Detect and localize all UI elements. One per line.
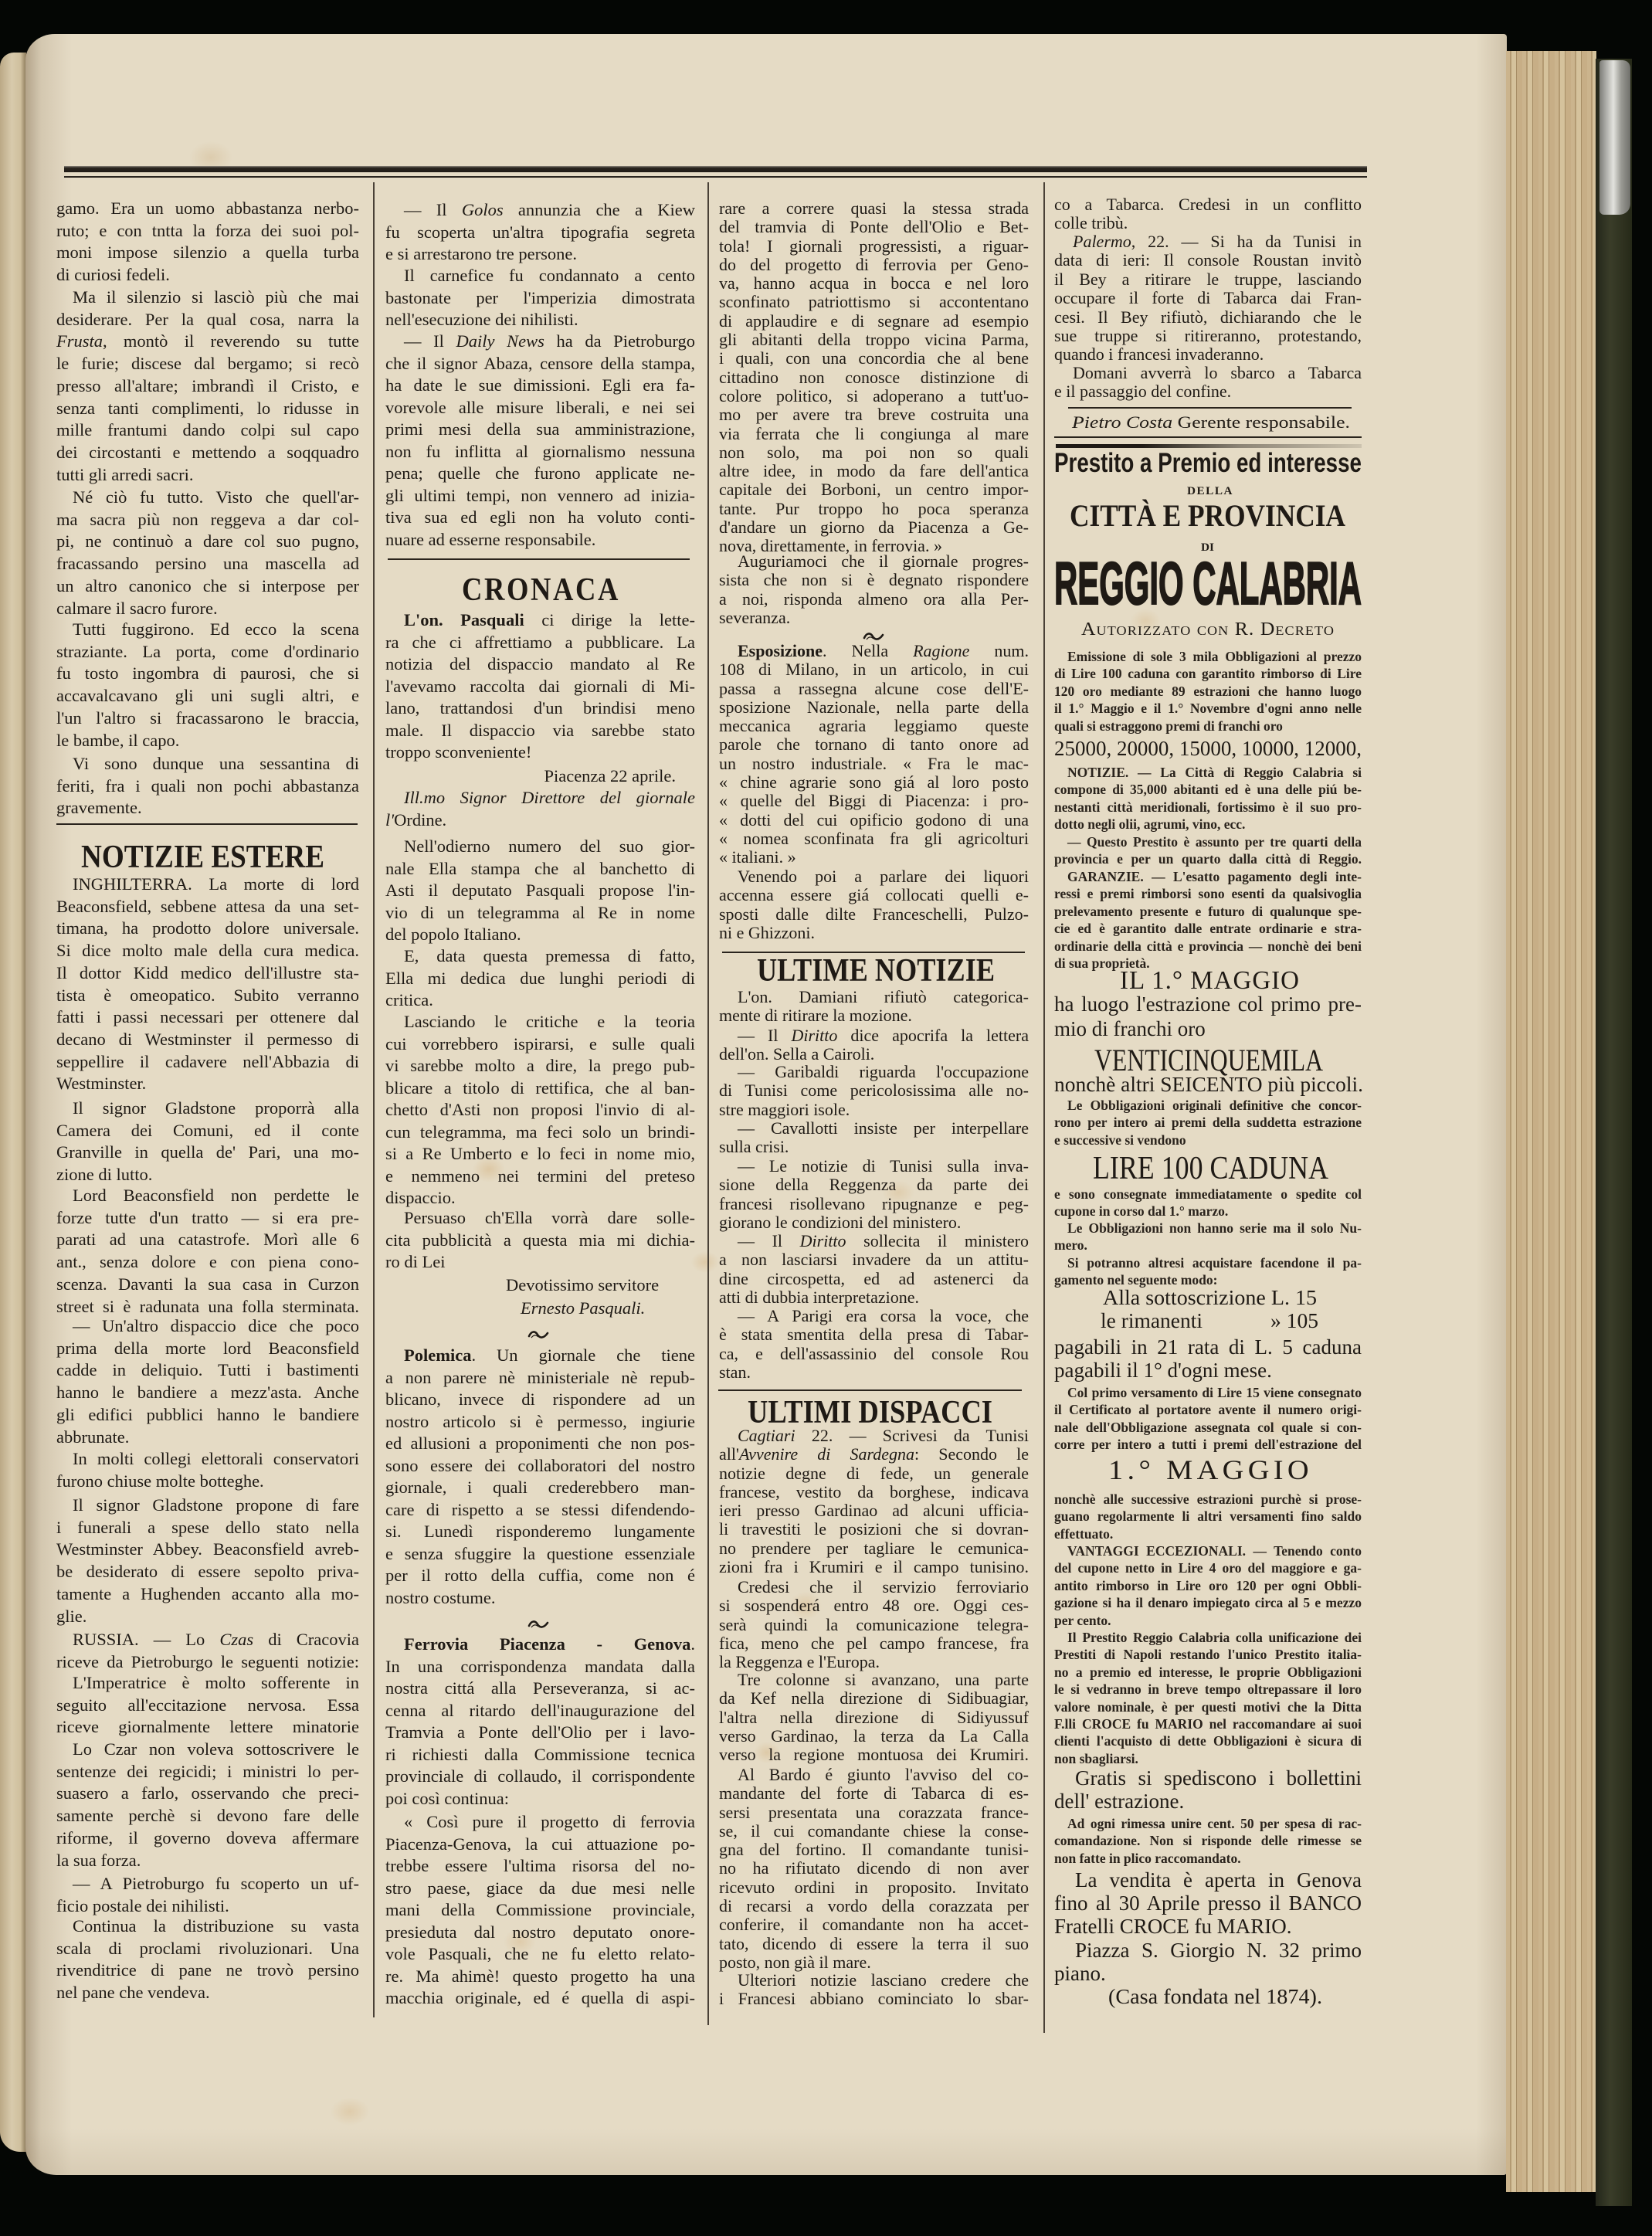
text-line: riceve giornalmente lettere minatorie — [56, 1716, 359, 1739]
news-paragraph: — Cavallotti insiste per interpellaresul… — [719, 1119, 1029, 1157]
dispatch-paragraph: Al Bardo é giunto l'avviso del co-mandan… — [719, 1766, 1029, 1972]
imprint-role: Gerente responsabile. — [1178, 412, 1350, 432]
text-line: Frusta, montò il reverendo su tutte — [56, 331, 359, 353]
text-line: « Così pure il progetto di ferrovia — [385, 1811, 695, 1834]
text-line: all'Avvenire di Sardegna: Secondo le — [719, 1445, 1029, 1464]
ad-installments: pagabili in 21 rata di L. 5 cadunapagabi… — [1054, 1335, 1362, 1382]
text-line: nonchè alle successive estrazioni purchè… — [1054, 1491, 1362, 1508]
text-line: si a Re Umberto e lo feci in nome mio, — [385, 1143, 695, 1166]
text-line: verso la regione montuosa dei Krumiri. — [719, 1746, 1029, 1764]
text-line: — Un'altro dispaccio dice che poco — [56, 1315, 359, 1338]
text-line: cadde in deliquio. Tutti i bastimenti — [56, 1359, 359, 1382]
bold-run-in-heading: Polemica — [404, 1345, 471, 1365]
text-line: Prestiti di Napoli restando l'unico Pres… — [1054, 1646, 1362, 1663]
text-line: il Bey a ritirare le truppe, lasciando — [1054, 270, 1362, 289]
text-line: suasero a farlo, osservando che preci- — [56, 1783, 359, 1805]
text-line: piano. — [1054, 1962, 1362, 1985]
text-line: è stata smentita della presa di Tabar- — [719, 1325, 1029, 1344]
text-line: troppo sconveniente! — [385, 741, 695, 764]
text-line: Nell'odierno numero del suo gior- — [385, 836, 695, 858]
text-line: gravemente. — [56, 797, 359, 819]
text-line: e sono consegnate immediatamente o spedi… — [1054, 1186, 1362, 1203]
text-line: mio di franchi oro — [1054, 1016, 1362, 1041]
text-line: quando i francesi invaderanno. — [1054, 345, 1362, 364]
text-line: INGHILTERRA. La morte di lord — [56, 874, 359, 896]
text-line: abbrunate. — [56, 1427, 359, 1449]
text-line: tamente a Hughenden accanto alla mo- — [56, 1583, 359, 1606]
bold-run-in-heading: Esposizione — [738, 641, 823, 660]
text-line: pagabili in 21 rata di L. 5 caduna — [1054, 1335, 1362, 1359]
text-line: — Cavallotti insiste per interpellare — [719, 1119, 1029, 1138]
text-line: occupare il forte di Tabarca dai Fran- — [1054, 289, 1362, 307]
text-line: ficio postale dei nihilisti. — [56, 1895, 359, 1918]
text-line: 108 di Milano, in un articolo, in cui — [719, 660, 1029, 679]
text-line: quali si estraggono premi di franchi oro — [1054, 718, 1362, 735]
text-line: l'altra nella direzione di Sidiyussuf — [719, 1708, 1029, 1727]
italic-text: l' — [385, 810, 394, 830]
news-paragraph: — Un'altro dispaccio dice che pocoprima … — [56, 1315, 359, 1448]
ad-remaining-value: » 105 — [1270, 1311, 1319, 1332]
text-line: La vendita è aperta in Genova — [1054, 1868, 1362, 1892]
text-line: provincia e per un quarto dalla città di… — [1054, 850, 1362, 867]
text-line: ca, e dell'assassinio del console Rou — [719, 1345, 1029, 1363]
column-divider-2 — [707, 182, 709, 2025]
ad-address: Piazza S. Giorgio N. 32 primopiano. — [1054, 1939, 1362, 1985]
text-line: un nostro industriale. « Fra le mac- — [719, 755, 1029, 773]
text-line: fica, meno che pel campo francese, fra — [719, 1634, 1029, 1653]
text-line: di Tunisi come pericolosissima alle no- — [719, 1081, 1029, 1100]
text-line: Ferrovia Piacenza - Genova. — [385, 1634, 695, 1656]
polemica-paragraph: Polemica. Un giornale che tienea non par… — [385, 1345, 695, 1609]
text-line: che il signor Abaza, censore della stamp… — [385, 353, 695, 375]
text-line: 120 oro mediante 89 estrazioni che hanno… — [1054, 683, 1362, 700]
text-line: cenna al ritardo dell'inaugurazione del — [385, 1700, 695, 1722]
text-line: — Il Golos annunzia che a Kiew — [385, 199, 695, 222]
text-line: rivenditrice di pane ne trovò persino — [56, 1959, 359, 1982]
text-line: sersi presentata una corazzata france- — [719, 1803, 1029, 1822]
text-line: Cagtiari 22. — Scrivesi da Tunisi — [719, 1427, 1029, 1445]
letter-paragraph: Lasciando le critiche e la teoriacui vor… — [385, 1011, 695, 1210]
text-line: « chine agrarie sono giá al loro posto — [719, 773, 1029, 792]
text-line: mo per avere tra breve costruita una — [719, 405, 1029, 424]
text-line: Ill.mo Signor Direttore del giornale — [385, 787, 695, 809]
text-line: cui vorrebbero ispirarsi, e sulle quali — [385, 1033, 695, 1056]
book-cover — [1596, 59, 1632, 2206]
text-line: — Garibaldi riguarda l'occupazione — [719, 1063, 1029, 1081]
text-line: guano regolarmente li altri versamenti f… — [1054, 1508, 1362, 1525]
ad-subscription-amount: Alla sottoscrizione L. 15 — [1103, 1288, 1325, 1308]
text-line: ro di Lei — [385, 1251, 695, 1274]
flourish-ornament-icon — [863, 631, 884, 642]
letter-paragraph: E, data questa premessa di fatto,Ella mi… — [385, 945, 695, 1012]
section-heading-ultimi-dispacci: ULTIMI DISPACCI — [748, 1396, 960, 1429]
section-rule — [56, 823, 358, 825]
text-line: di curiosi fedeli. — [56, 264, 359, 287]
text-line: le bambe, il capo. — [56, 730, 359, 752]
text-line: cesi. Il Bey rifiutò, dichiarando che le — [1054, 308, 1362, 327]
ad-vantaggi-text: VANTAGGI ECCEZIONALI. — Tenendo contodel… — [1054, 1542, 1362, 1629]
text-line: mero. — [1054, 1237, 1362, 1254]
dispatch-paragraph: Domani avverrà lo sbarco a Tabarcae il p… — [1054, 364, 1362, 402]
text-line: altre idee, in modo da fare dell'antica — [719, 462, 1029, 480]
text-line: sposti dalle dilte Franceschelli, Pulzo- — [719, 905, 1029, 924]
news-paragraph: L'Imperatrice è molto sofferente insegui… — [56, 1672, 359, 1739]
text-line: non solo, ma poi non so quali — [719, 443, 1029, 462]
text-line: gli ultimi tempi, non vennero ad inizia- — [385, 485, 695, 507]
text-line: dine circospetta, ed ad astenerci da — [719, 1270, 1029, 1288]
ad-first-prize: VENTICINQUEMILA — [1094, 1045, 1276, 1076]
text-line: — Il Daily News ha da Pietroburgo — [385, 331, 695, 353]
text-line: poi così continua: — [385, 1788, 695, 1810]
story-paragraph: gamo. Era un uomo abbastanza nerbo-ruto;… — [56, 198, 359, 287]
text-line: — A Pietroburgo fu scoperto un uf- — [56, 1873, 359, 1895]
text-line: mille frantumi dando colpi sul capo — [56, 419, 359, 442]
text-line: francese, vestito da borghese, indicava — [719, 1483, 1029, 1501]
text-line: rono per intero ai premi della suddetta … — [1054, 1114, 1362, 1131]
text-line: Continua la distribuzione su vasta — [56, 1915, 359, 1938]
text-line: — A Parigi era corsa la voce, che — [719, 1307, 1029, 1325]
text-line: prima della morte lord Beaconsfield — [56, 1338, 359, 1360]
text-line: scenza. Davanti la sua casa in Curzon — [56, 1274, 359, 1296]
text-line: — Le notizie di Tunisi sulla inva- — [719, 1157, 1029, 1176]
text-line: giornale, i quali crederebbero man- — [385, 1477, 695, 1499]
italic-text: Palermo — [1073, 232, 1131, 251]
news-paragraph: INGHILTERRA. La morte di lordBeaconsfiel… — [56, 874, 359, 1095]
text-line: blicare a titolo di rettifica, che al ba… — [385, 1077, 695, 1100]
text-line: VANTAGGI ECCEZIONALI. — Tenendo conto — [1054, 1542, 1362, 1559]
text-line: provinciale di collaudo, il corrisponden… — [385, 1766, 695, 1788]
text-line: tutti gli arredi sacri. — [56, 464, 359, 487]
text-line: be desiderato di essere sepolto priva- — [56, 1561, 359, 1583]
section-rule — [718, 1389, 1022, 1391]
news-paragraph: Il signor Gladstone propone di farei fun… — [56, 1495, 359, 1627]
text-line: cun telegramma, ma feci solo un brindi- — [385, 1121, 695, 1144]
news-paragraph: — A Pietroburgo fu scoperto un uf-ficio … — [56, 1873, 359, 1917]
ad-city-name: REGGIO CALABRIA — [1054, 553, 1219, 613]
text-line: ha luogo l'estrazione col primo pre- — [1054, 992, 1362, 1016]
ad-notizie-text: NOTIZIE. — La Città di Reggio Calabria s… — [1054, 764, 1362, 833]
text-line: antito rimborso in Lire oro 120 per ogni… — [1054, 1577, 1362, 1594]
text-line: Granville in quella de' Pari, una mo- — [56, 1142, 359, 1164]
text-line: le furie; discese dal bergamo; si recò — [56, 353, 359, 375]
text-line: nostro costume. — [385, 1587, 695, 1610]
ad-other-prizes: nonchè altri SEICENTO più piccoli. — [1054, 1074, 1369, 1095]
text-line: ri richiesti dalla Commissione tecnica — [385, 1744, 695, 1766]
text-line: non sbagliarsi. — [1054, 1750, 1362, 1767]
text-line: fu scoperta un'altra tipografia segreta — [385, 222, 695, 244]
text-line: si. Lunedì risponderemo lungamente — [385, 1521, 695, 1543]
text-line: posto, non già il mare. — [719, 1953, 1029, 1972]
text-line: i quali, con una concordia che al bene — [719, 349, 1029, 368]
text-line: Ma il silenzio si lasciò più che mai — [56, 287, 359, 309]
text-line: Le Obbligazioni non hanno serie ma il so… — [1054, 1220, 1362, 1237]
ad-remaining-label: le rimanenti — [1101, 1311, 1204, 1332]
text-line: Il carnefice fu condannato a cento — [385, 265, 695, 287]
ad-assunto-text: — Questo Prestito è assunto per tre quar… — [1054, 833, 1362, 868]
text-line: e si arrestarono tre persone. — [385, 243, 695, 266]
text-line: Westminster Abbey. Beaconsfield avreb- — [56, 1539, 359, 1561]
text-line: sentenze dei regicidi; i ministri lo per… — [56, 1761, 359, 1783]
text-line: prelevamento presente e futuro di qualun… — [1054, 903, 1362, 920]
text-line: mente di ritirare la mozione. — [719, 1006, 1029, 1025]
text-line: ant., senza dolore e con piena cono- — [56, 1251, 359, 1274]
ad-draw-text: ha luogo l'estrazione col primo pre-mio … — [1054, 992, 1362, 1041]
text-line: ra che ci affrettiamo a pubblicare. La — [385, 632, 695, 654]
news-paragraph: — Il Diritto sollecita il ministeroa non… — [719, 1232, 1029, 1307]
news-paragraph: — A Parigi era corsa la voce, cheè stata… — [719, 1307, 1029, 1382]
text-line: zioni fra i Krumiri e il campo tunisino. — [719, 1558, 1029, 1576]
text-line: Lasciando le critiche e la teoria — [385, 1011, 695, 1033]
news-paragraph: Lord Beaconsfield non perdette leforze t… — [56, 1185, 359, 1318]
text-line: co a Tabarca. Credesi in un conflitto — [1054, 195, 1362, 214]
text-line: no prendere per tagliare le cemunica- — [719, 1539, 1029, 1558]
text-line: feriti, fra i quali non pochi abbastanza — [56, 775, 359, 798]
text-line: sulla crisi. — [719, 1138, 1029, 1156]
text-line: accavalcavano gli uni sugli altri, e — [56, 685, 359, 707]
text-line: Domani avverrà lo sbarco a Tabarca — [1054, 364, 1362, 382]
text-line: conferire, il comandante non ha accet- — [719, 1915, 1029, 1934]
text-line: tato, dicendo di essere la terra il suo — [719, 1935, 1029, 1953]
text-line: a non parere nè ministeriale nè repub- — [385, 1367, 695, 1389]
text-line: stan. — [719, 1363, 1029, 1382]
text-line: scala di proclami rivoluzionari. Una — [56, 1938, 359, 1960]
text-line: forze tutte d'un tratto — si era pre- — [56, 1207, 359, 1230]
text-line: ricevuto ordini in proposito. Invitato — [719, 1878, 1029, 1897]
text-line: nale Ella stampa che al banchetto di — [385, 858, 695, 880]
text-line: trebbe essere l'ultima risorsa del no- — [385, 1855, 695, 1878]
text-line: chetto d'Asti non proposi l'invio di al- — [385, 1099, 695, 1121]
section-heading-cronaca: CRONACA — [462, 574, 599, 606]
text-line: corre per intero a tutti i premi dell'es… — [1054, 1436, 1362, 1453]
text-line: vio di un telegramma al Re in nome — [385, 902, 695, 925]
italic-text: Avvenire di Sardegna — [739, 1444, 914, 1464]
text-line: timana, ha prodotto dolore universale. — [56, 918, 359, 940]
text-line: non fu inflitta al giornalismo nessuna — [385, 441, 695, 463]
text-line: tante. Pur troppo ho poca speranza — [719, 500, 1029, 518]
text-line: Tre colonne si avanzano, una parte — [719, 1671, 1029, 1689]
text-line: Piacenza-Genova, la cui attuazione po- — [385, 1834, 695, 1856]
text-line: comandazione. Non si risponde delle rime… — [1054, 1832, 1362, 1849]
text-line: gamo. Era un uomo abbastanza nerbo- — [56, 198, 359, 220]
story-paragraph: Tutti fuggirono. Ed ecco la scenastrazia… — [56, 619, 359, 752]
text-line: « quelle del Biggi di Piacenza: i pro- — [719, 792, 1029, 810]
ferrovia-paragraph: Ferrovia Piacenza - Genova.In una corris… — [385, 1634, 695, 1810]
text-line: Persuaso ch'Ella vorrà dare solle- — [385, 1207, 695, 1230]
page-stack-edge — [1506, 51, 1596, 2192]
text-line: Gratis si spediscono i bollettini — [1054, 1766, 1362, 1790]
text-line: del tramvia di Ponte dell'Olio e Bet- — [719, 218, 1029, 236]
text-line: vole Pasquali, che ne fu eletto relato- — [385, 1943, 695, 1966]
text-line: Si dice molto male della cura medica. — [56, 940, 359, 962]
ad-draw-date-2: 1.° MAGGIO — [1108, 1456, 1327, 1484]
text-line: furono chiuse molte botteghe. — [56, 1471, 359, 1493]
text-line: ha date le sue dimissioni. Egli era fa- — [385, 375, 695, 397]
ad-authorization: Autorizzato con R. Decreto — [1081, 620, 1352, 639]
imprint-line: Pietro Costa Gerente responsabile. — [1072, 414, 1398, 431]
text-line: Col primo versamento di Lire 15 viene co… — [1054, 1384, 1362, 1401]
text-line: do del progetto di ferrovia per Geno- — [719, 256, 1029, 274]
text-line: vorevole alle misure liberali, e nei sei — [385, 397, 695, 419]
text-line: samente perchè si devono fare delle — [56, 1805, 359, 1827]
text-line: Camera dei Comuni, ed il conte — [56, 1120, 359, 1142]
text-line: ieri presso Gardinao ad alcuni ufficia- — [719, 1501, 1029, 1520]
text-line: effettuato. — [1054, 1525, 1362, 1542]
ad-rimessa-text: Ad ogni rimessa unire cent. 50 per spesa… — [1054, 1815, 1362, 1867]
text-line: straziante. La porta, come d'ordinario — [56, 641, 359, 663]
text-line: Polemica. Un giornale che tiene — [385, 1345, 695, 1367]
text-line: colore politico, si adoperano a tutt'uo- — [719, 387, 1029, 405]
text-line: rare a correre quasi la stessa strada — [719, 199, 1029, 218]
text-line: Il Prestito Reggio Calabria colla unific… — [1054, 1629, 1362, 1646]
news-paragraph: — Garibaldi riguarda l'occupazionedi Tun… — [719, 1063, 1029, 1119]
text-line: primi mesi della sua amministrazione, — [385, 419, 695, 441]
ad-garanzie-text: GARANZIE. — L'esatto pagamento degli int… — [1054, 868, 1362, 972]
text-line: L'Imperatrice è molto sofferente in — [56, 1672, 359, 1695]
text-line: ordinarie della città e provincia — nonc… — [1054, 938, 1362, 955]
text-line: verso Gardinao, la terza da La Calla — [719, 1727, 1029, 1746]
ad-price: LIRE 100 CADUNA — [1093, 1152, 1294, 1185]
text-line: e senza sfuggire la questione essenziale — [385, 1543, 695, 1566]
text-line: da Kef nella direzione di Sidibuagiar, — [719, 1689, 1029, 1708]
text-line: ed allusioni a proponimenti che non pos- — [385, 1433, 695, 1455]
text-line: Si potranno altresi acquistare facendone… — [1054, 1254, 1362, 1271]
letter-paragraph: Persuaso ch'Ella vorrà dare solle-cita p… — [385, 1207, 695, 1274]
text-line: ma sacra più non reggeva a dar col- — [56, 509, 359, 531]
text-line: sono essere dei collaboratori del nostro — [385, 1455, 695, 1478]
ferrovia-paragraph: rare a correre quasi la stessa stradadel… — [719, 199, 1029, 556]
text-line: riforme, il governo doveva affermare — [56, 1827, 359, 1850]
text-line: gazione si ha il denaro impiegato circa … — [1054, 1594, 1362, 1611]
esposizione-paragraph: Esposizione. Nella Ragione num.108 di Mi… — [719, 642, 1029, 867]
italic-text: Diritto — [791, 1026, 837, 1045]
section-heading-ultime-notizie: ULTIME NOTIZIE — [757, 955, 962, 987]
text-line: il 1.° Maggio e il 1.° Novembre d'ogni a… — [1054, 700, 1362, 717]
left-page-edge — [0, 53, 26, 2152]
text-line: notizie degne di fede, un generale — [719, 1464, 1029, 1483]
text-line: clienti l'acquisto di dette Obbligazioni… — [1054, 1732, 1362, 1749]
text-line: « italiani. » — [719, 848, 1029, 867]
text-line: no ha rifiutato dicendo di non aver — [719, 1859, 1029, 1878]
text-line: sue truppe si ritireranno, protestando, — [1054, 327, 1362, 345]
text-line: via ferrata che li congiunga al mare — [719, 425, 1029, 443]
ad-emission-text: Emissione di sole 3 mila Obbligazioni al… — [1054, 648, 1362, 735]
text-line: Esposizione. Nella Ragione num. — [719, 642, 1029, 660]
text-line: re. Ma ahimè! questo progetto ha una — [385, 1966, 695, 1988]
ad-delivery-text: e sono consegnate immediatamente o spedi… — [1054, 1186, 1362, 1220]
text-line: non fatte in plico raccomandato. — [1054, 1850, 1362, 1867]
text-line: severanza. — [719, 609, 1029, 627]
text-line: seppellire il cadavere nell'Abbazia di — [56, 1051, 359, 1074]
ferrovia-paragraph: « Così pure il progetto di ferroviaPiace… — [385, 1811, 695, 2010]
text-line: Lord Beaconsfield non perdette le — [56, 1185, 359, 1207]
text-line: fracassando persino una mascella ad — [56, 553, 359, 575]
news-paragraph: — Il Daily News ha da Pietroburgoche il … — [385, 331, 695, 551]
text-line: accenna essere giá collocati quelli e- — [719, 886, 1029, 904]
text-line: va, hanno acqua in bocca e nel loro — [719, 274, 1029, 293]
text-line: presieduta dal nostro deputato onore- — [385, 1922, 695, 1944]
text-line: RUSSIA. — Lo Czas di Cracovia — [56, 1629, 359, 1651]
text-line: passa a rassegna alcune cose dell'E- — [719, 680, 1029, 698]
text-line: In molti collegi elettorali conservatori — [56, 1448, 359, 1471]
imprint-rule-top — [1068, 407, 1352, 409]
text-line: lano, trattandosi d'un brindisi meno — [385, 697, 695, 720]
text-line: zione di lutto. — [56, 1164, 359, 1186]
column-divider-3 — [1043, 182, 1045, 2033]
text-line: Palermo, 22. — Si ha da Tunisi in — [1054, 232, 1362, 251]
text-line: mandante del forte di Tabarca di es- — [719, 1784, 1029, 1803]
italic-text: Ill.mo Signor Direttore del giornale — [404, 788, 695, 807]
text-line: Westminster. — [56, 1073, 359, 1095]
text-line: Fratelli CROCE fu MARIO. — [1054, 1915, 1362, 1938]
news-paragraph: — Le notizie di Tunisi sulla inva-sione … — [719, 1157, 1029, 1232]
dispatch-paragraph: Tre colonne si avanzano, una parteda Kef… — [719, 1671, 1029, 1764]
text-line: meccanica agraria leggiamo queste — [719, 717, 1029, 735]
ad-prize-amounts: 25000, 20000, 15000, 10000, 12000, — [1054, 738, 1362, 759]
text-line: nale dell'Obbligazione assegnata col qua… — [1054, 1419, 1362, 1436]
text-line: GARANZIE. — L'esatto pagamento degli int… — [1054, 868, 1362, 885]
text-line: per il rotto della cuffia, come non é — [385, 1565, 695, 1587]
book-clasp — [1599, 60, 1630, 215]
text-line: la Reggenza e l'Europa. — [719, 1653, 1029, 1671]
text-line: sposizione Nazionale, nella parte della — [719, 698, 1029, 717]
dispatch-paragraph: Ulteriori notizie lasciano credere chei … — [719, 1971, 1029, 2009]
text-line: capitale dei Borboni, un centro impor- — [719, 480, 1029, 499]
text-line: data di ieri: Il console Roustan invitò — [1054, 251, 1362, 270]
text-line: Auguriamoci che il giornale progres- — [719, 552, 1029, 571]
text-line: Emissione di sole 3 mila Obbligazioni al… — [1054, 648, 1362, 665]
text-line: Al Bardo é giunto l'avviso del co- — [719, 1766, 1029, 1784]
text-line: dotto negli olii, agrumi, vino, ecc. — [1054, 816, 1362, 833]
text-line: Ella mi dedica due lunghi periodi di — [385, 968, 695, 990]
text-line: di applaudire e di segnare ad esempio — [719, 312, 1029, 331]
ad-successive-text: nonchè alle successive estrazioni purchè… — [1054, 1491, 1362, 1542]
text-line: cittadino non conosce distinzione di — [719, 368, 1029, 387]
text-line: « dotti del cui opificio godono di una — [719, 811, 1029, 830]
text-line: Venendo poi a parlare dei liquori — [719, 867, 1029, 886]
text-line: tiva sua ed egli non ha voluto conti- — [385, 507, 695, 529]
text-line: nestanti città meridionali, fortissimo è… — [1054, 799, 1362, 816]
text-line: pena; quelle che furono applicate ne- — [385, 463, 695, 485]
text-line: — Questo Prestito è assunto per tre quar… — [1054, 833, 1362, 850]
news-paragraph: Il signor Gladstone proporrà allaCamera … — [56, 1098, 359, 1186]
text-line: un altro canonico che si interpose per — [56, 575, 359, 598]
text-line: Il signor Gladstone proporrà alla — [56, 1098, 359, 1120]
text-line: street si è radunata una folla sterminat… — [56, 1296, 359, 1318]
text-line: Tutti fuggirono. Ed ecco la scena — [56, 619, 359, 641]
ad-sale-location: La vendita è aperta in Genovafino al 30 … — [1054, 1868, 1362, 1938]
dispatch-paragraph: Cagtiari 22. — Scrivesi da Tunisiall'Avv… — [719, 1427, 1029, 1576]
text-line: parati ad una catastrofe. Morì alle 6 — [56, 1229, 359, 1251]
italic-text: Frusta — [56, 331, 103, 351]
ad-serie-text: Le Obbligazioni non hanno serie ma il so… — [1054, 1220, 1362, 1254]
text-line: li travestiti le posizioni che si dovran… — [719, 1520, 1029, 1539]
imprint-rule-bottom — [1054, 436, 1362, 438]
news-paragraph: Lo Czar non voleva sottoscrivere lesente… — [56, 1739, 359, 1871]
italic-text: Golos — [462, 200, 504, 219]
story-paragraph: Vi sono dunque una sessantina diferiti, … — [56, 753, 359, 819]
text-line: Credesi che il servizio ferroviario — [719, 1578, 1029, 1596]
text-line: In una corrispondenza mandata dalla — [385, 1656, 695, 1678]
text-line: vi sarebbe molto a dire, la prego pub- — [385, 1055, 695, 1077]
italic-text: Cagtiari — [738, 1426, 795, 1445]
text-line: compone di 35,000 abitanti ed è una dell… — [1054, 781, 1362, 798]
text-line: Ulteriori notizie lasciano credere che — [719, 1971, 1029, 1990]
text-line: ni e Ghizzoni. — [719, 924, 1029, 942]
masthead-rule-thin — [64, 176, 1367, 178]
news-paragraph: L'on. Damiani rifiutò categorica-mente d… — [719, 988, 1029, 1026]
text-line: d'andare un giorno da Piacenza a Ge- — [719, 518, 1029, 537]
text-line: cupone in corso dal 1.° marzo. — [1054, 1203, 1362, 1220]
